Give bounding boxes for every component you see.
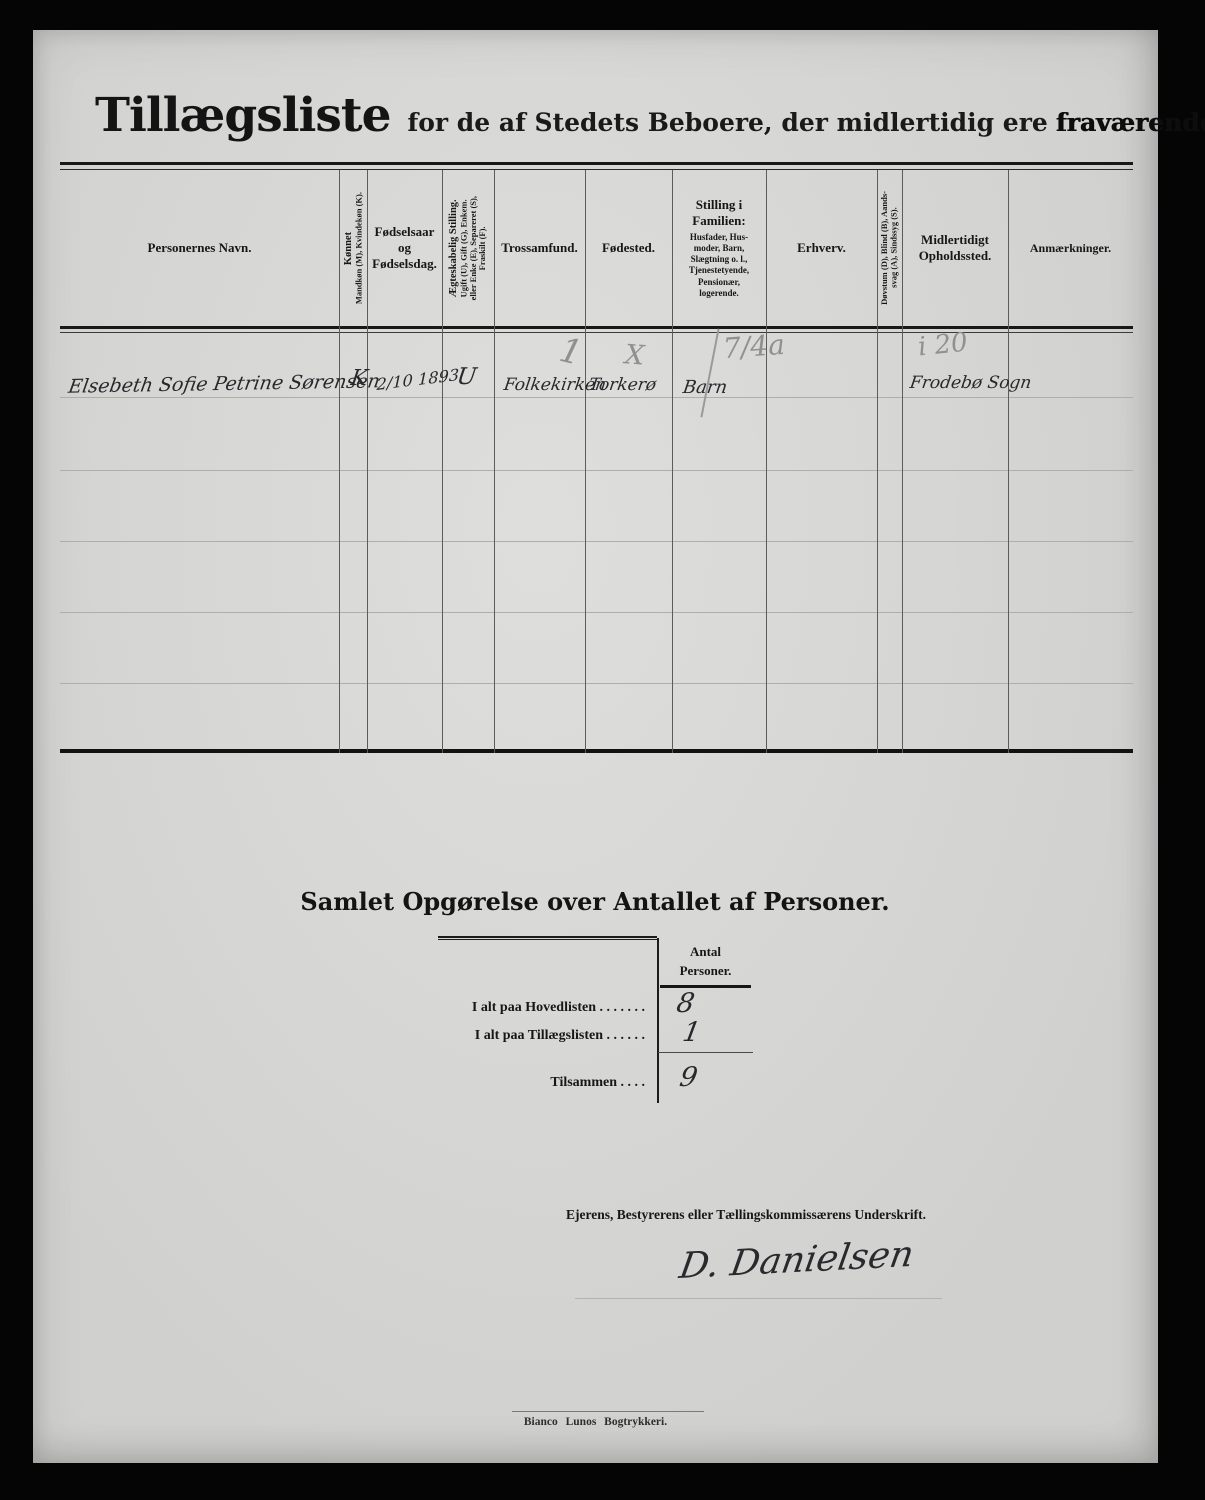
summary-row-label-hovedlisten: I alt paa Hovedlisten . . . . . . .	[333, 1000, 645, 1016]
summary-row-value-tilsammen: 9	[677, 1062, 700, 1093]
table-row-line	[60, 612, 1133, 613]
entry-sex-handwriting: K	[349, 366, 369, 391]
pencil-mark-x: X	[624, 339, 645, 371]
printer-rule	[512, 1411, 704, 1412]
column-header-religion: Trossamfund.	[494, 171, 585, 325]
summary-row-label-tillaegslisten: I alt paa Tillægslisten . . . . . .	[333, 1028, 645, 1044]
table-row-line	[60, 470, 1133, 471]
column-header-temporary-residence: Midlertidigt Opholdssted.	[902, 171, 1008, 325]
column-header-marital: Ægteskabelig Stilling. Ugift (U), Gift (…	[442, 171, 494, 325]
summary-row-value-hovedlisten: 8	[674, 988, 697, 1019]
summary-heading: Samlet Opgørelse over Antallet af Person…	[295, 887, 895, 916]
entry-temporary-residence-handwriting: Frodebø Sogn	[909, 373, 1033, 393]
column-header-religion-label: Trossamfund.	[501, 240, 577, 256]
column-header-temporary-residence-l2: Opholdssted.	[919, 248, 992, 264]
column-header-birthdate-l3: Fødselsdag.	[372, 256, 437, 272]
summary-subtotal-rule	[658, 1052, 753, 1053]
table-row-line	[60, 397, 1133, 398]
page-title-rest: for de af Stedets Beboere, der midlertid…	[407, 108, 1047, 137]
table-top-rule-thick	[60, 162, 1133, 165]
column-header-family-position-l1: Stilling i	[696, 197, 743, 213]
signature-handwriting: D. Danielsen	[677, 1234, 917, 1287]
summary-count-header-l2: Personer.	[660, 962, 751, 981]
page-title: Tillægsliste for de af Stedets Beboere, …	[95, 88, 1140, 143]
summary-row-label-tilsammen: Tilsammen . . . .	[333, 1075, 645, 1091]
column-header-sex-rotated: Kønnet Mandkøn (M), Kvindekøn (K).	[343, 192, 364, 304]
summary-top-double-rule	[438, 936, 657, 940]
column-header-name: Personernes Navn.	[60, 171, 339, 325]
column-header-occupation-label: Erhverv.	[797, 240, 846, 256]
column-header-sex-title: Kønnet	[343, 192, 355, 304]
page-title-emphasis: fraværende.	[1056, 108, 1205, 137]
column-header-birthplace: Fødested.	[585, 171, 672, 325]
column-header-disability-rotated: Døvstum (D), Blind (B), Aands- svag (A),…	[880, 191, 899, 305]
column-header-family-position-sub4: Tjenestetyende,	[689, 265, 749, 276]
column-header-disability: Døvstum (D), Blind (B), Aands- svag (A),…	[877, 171, 902, 325]
column-header-family-position-l2: Familien:	[692, 213, 745, 229]
table-row-line	[60, 541, 1133, 542]
column-header-sex-sub: Mandkøn (M), Kvindekøn (K).	[354, 192, 363, 304]
column-header-birthplace-label: Fødested.	[602, 240, 655, 256]
table-header-bottom-rule-thick	[60, 326, 1133, 329]
column-header-disability-l2: svag (A), Sindssyg (S).	[890, 191, 899, 305]
column-header-remarks: Anmærkninger.	[1008, 171, 1133, 325]
column-header-family-position-sub6: logerende.	[699, 288, 739, 299]
column-header-occupation: Erhverv.	[766, 171, 877, 325]
entry-marital-handwriting: U	[455, 364, 478, 390]
table-row-line	[60, 683, 1133, 684]
summary-count-header-underline	[660, 985, 751, 988]
column-header-remarks-label: Anmærkninger.	[1030, 241, 1111, 256]
summary-count-column-header: Antal Personer.	[660, 943, 751, 981]
pencil-mark-long-stroke	[700, 329, 719, 418]
column-header-family-position-sub1: Husfader, Hus-	[690, 232, 748, 243]
table-bottom-rule	[60, 749, 1133, 753]
column-header-family-position-sub5: Pensionær,	[698, 277, 740, 288]
paper-sheet: Tillægsliste for de af Stedets Beboere, …	[33, 30, 1158, 1463]
pencil-mark-i20: i 20	[917, 327, 970, 362]
pencil-mark-stroke: 1	[555, 330, 586, 374]
scanned-census-page: { "page": { "title_main": "Tillægsliste"…	[0, 0, 1205, 1500]
signature-caption: Ejerens, Bestyrerens eller Tællingskommi…	[511, 1207, 981, 1223]
column-header-birthdate-l1: Fødselsaar	[375, 224, 435, 240]
table-header-bottom-rule-thin	[60, 332, 1133, 333]
entry-birthdate-handwriting: 2/10 1893	[376, 365, 459, 394]
summary-row-value-tillaegslisten: 1	[680, 1017, 703, 1048]
entry-name-handwriting: Elsebeth Sofie Petrine Sørensen	[67, 370, 382, 397]
page-title-main: Tillægsliste	[95, 88, 390, 143]
column-header-family-position-sub3: Slægtning o. l.,	[691, 254, 748, 265]
column-header-temporary-residence-l1: Midlertidigt	[921, 232, 989, 248]
column-header-name-label: Personernes Navn.	[148, 240, 252, 256]
column-header-birthdate-l2: og	[398, 240, 411, 256]
table-top-rule-thin	[60, 169, 1133, 170]
column-header-birthdate: Fødselsaar og Fødselsdag.	[367, 171, 442, 325]
summary-count-header-l1: Antal	[660, 943, 751, 962]
column-header-family-position-sub2: moder, Barn,	[694, 243, 744, 254]
entry-birthplace-handwriting: Torkerø	[588, 375, 658, 395]
printer-name: Bianco Lunos Bogtrykkeri.	[473, 1416, 718, 1428]
column-header-marital-rotated: Ægteskabelig Stilling. Ugift (U), Gift (…	[448, 196, 488, 300]
signature-line	[575, 1298, 942, 1299]
column-header-sex: Kønnet Mandkøn (M), Kvindekøn (K).	[339, 171, 367, 325]
summary-vertical-rule	[657, 938, 659, 1103]
column-header-marital-sub3: Fraskilt (F).	[478, 196, 487, 300]
column-header-family-position: Stilling i Familien: Husfader, Hus- mode…	[672, 171, 766, 325]
pencil-mark-fraction: 7/4a	[722, 328, 786, 365]
